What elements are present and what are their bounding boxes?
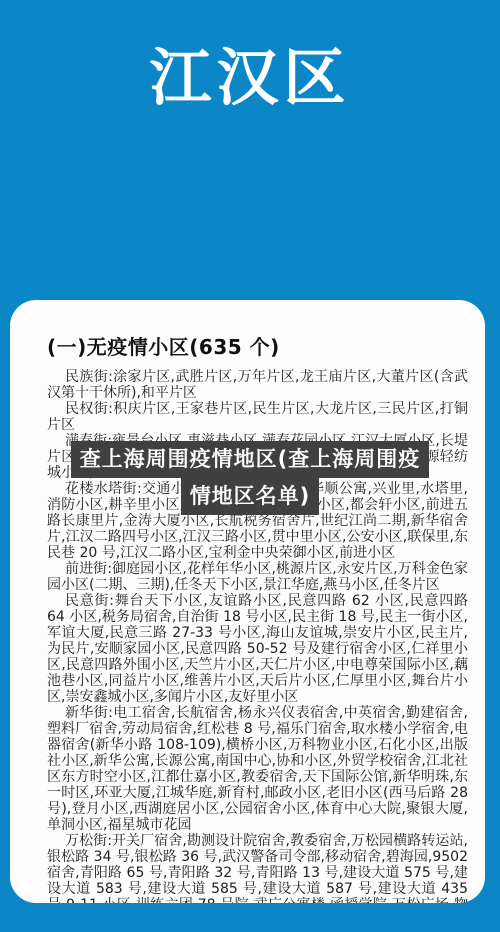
seo-title-row: 查上海周围疫情地区(查上海周围疫 (0, 441, 500, 478)
seo-title-line-2: 情地区名单) (181, 478, 320, 515)
seo-title-overlay: 查上海周围疫情地区(查上海周围疫 情地区名单) (0, 441, 500, 515)
district-paragraph: 民意街:舞台天下小区,友谊路小区,民意四路 62 小区,民意四路 64 小区,税… (47, 593, 468, 705)
page-background: 江汉区 (一)无疫情小区(635 个) 民族街:涂家片区,武胜片区,万年片区,龙… (0, 0, 500, 932)
district-paragraph: 民权街:积庆片区,王家巷片区,民生片区,大龙片区,三民片区,打铜片区 (47, 401, 468, 433)
seo-title-line-1: 查上海周围疫情地区(查上海周围疫 (71, 441, 430, 478)
section-heading: (一)无疫情小区(635 个) (47, 336, 468, 358)
seo-title-row: 情地区名单) (0, 478, 500, 515)
content-panel: (一)无疫情小区(635 个) 民族街:涂家片区,武胜片区,万年片区,龙王庙片区… (10, 300, 485, 903)
district-title: 江汉区 (0, 44, 500, 112)
district-paragraph: 新华街:电工宿舍,长航宿舍,杨永兴仪表宿舍,中英宿舍,勤建宿舍,塑料厂宿舍,劳动… (47, 705, 468, 833)
district-paragraph: 万松街:开关厂宿舍,勘测设计院宿舍,教委宿舍,万松园横路转运站,银松路 34 号… (47, 833, 468, 903)
district-paragraph: 民族街:涂家片区,武胜片区,万年片区,龙王庙片区,大董片区(含武汉第十干休所),… (47, 369, 468, 401)
district-paragraph: 前进街:御庭园小区,花样年华小区,桃源片区,永安片区,万科金色家园小区(二期、三… (47, 561, 468, 593)
